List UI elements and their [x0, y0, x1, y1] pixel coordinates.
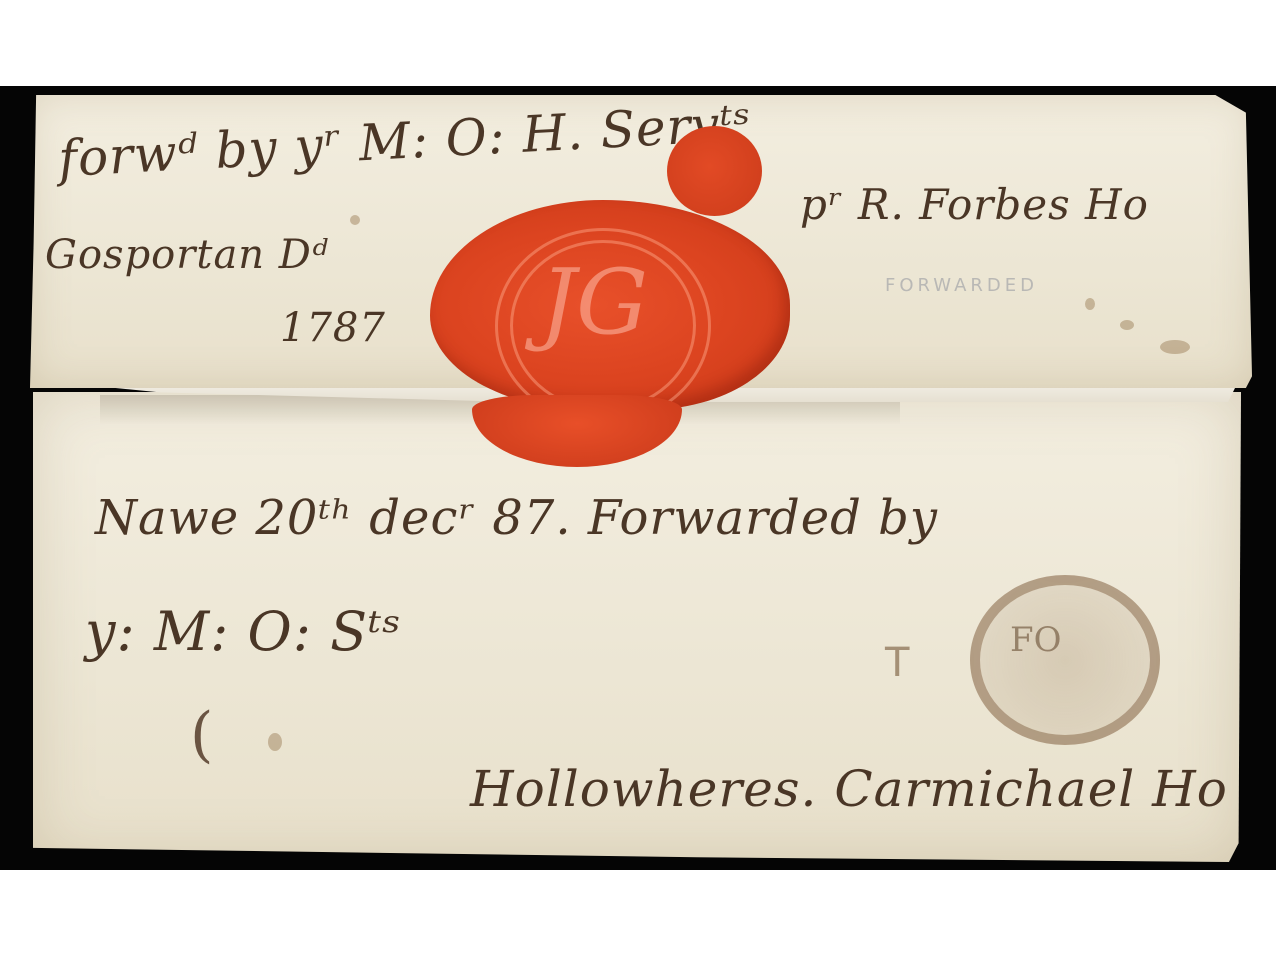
forwarder-line: pʳ R. Forbes Ho	[800, 180, 1149, 229]
forwarded-handstamp: FORWARDED	[885, 275, 1038, 296]
foxing-spot	[268, 733, 282, 751]
wax-seal-dot	[667, 126, 762, 216]
endorsement-year: 1787	[280, 305, 386, 351]
foxing-spot	[350, 215, 360, 225]
postmark-text: FO	[1010, 620, 1061, 660]
foxing-spot	[1085, 298, 1095, 310]
foxing-spot	[1120, 320, 1134, 330]
address-line-2: y: M: O: Sᵗˢ	[85, 600, 402, 663]
seal-monogram: JG	[540, 250, 648, 355]
endorsement-line-2: Gosportan Dᵈ	[45, 232, 329, 278]
t-handstamp: T	[885, 640, 909, 686]
foxing-spot	[1160, 340, 1190, 354]
address-line-3: Hollowheres. Carmichael Ho	[470, 760, 1228, 818]
bracket-mark: (	[190, 700, 214, 770]
circular-postmark	[970, 575, 1160, 745]
address-line-1: Nawe 20ᵗʰ decʳ 87. Forwarded by	[95, 490, 938, 546]
